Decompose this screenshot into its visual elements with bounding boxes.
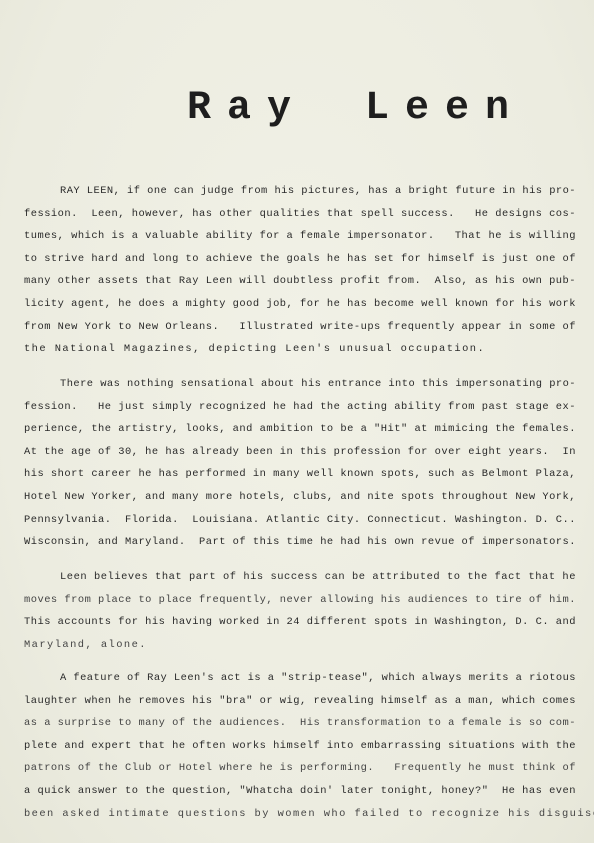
text-line: RAY LEEN, if one can judge from his pict… [24, 180, 576, 203]
text-line: This accounts for his having worked in 2… [24, 611, 576, 634]
text-line: Pennsylvania. Florida. Louisiana. Atlant… [24, 509, 576, 532]
text-line: laughter when he removes his "bra" or wi… [24, 690, 576, 713]
text-line: fession. Leen, however, has other qualit… [24, 203, 576, 226]
text-line: been asked intimate questions by women w… [24, 803, 576, 826]
text-line: Maryland, alone. [24, 634, 576, 657]
text-line: many other assets that Ray Leen will dou… [24, 270, 576, 293]
text-line: moves from place to place frequently, ne… [24, 589, 576, 612]
text-line: Wisconsin, and Maryland. Part of this ti… [24, 531, 576, 554]
text-line: Leen believes that part of his success c… [24, 566, 576, 589]
text-line: plete and expert that he often works him… [24, 735, 576, 758]
title-word-second: Leen [358, 86, 518, 131]
page-title: RayLeen [0, 41, 594, 176]
text-line: as a surprise to many of the audiences. … [24, 712, 576, 735]
paragraph-1: RAY LEEN, if one can judge from his pict… [24, 180, 576, 361]
text-line: tumes, which is a valuable ability for a… [24, 225, 576, 248]
paragraph-3: Leen believes that part of his success c… [24, 566, 576, 656]
text-line: Hotel New Yorker, and many more hotels, … [24, 486, 576, 509]
title-word-first: Ray [180, 86, 300, 131]
text-line: patrons of the Club or Hotel where he is… [24, 757, 576, 780]
text-line: to strive hard and long to achieve the g… [24, 248, 576, 271]
text-line: from New York to New Orleans. Illustrate… [24, 316, 576, 339]
text-line: a quick answer to the question, "Whatcha… [24, 780, 576, 803]
text-line: the National Magazines, depicting Leen's… [24, 338, 576, 361]
paragraph-2: There was nothing sensational about his … [24, 373, 576, 554]
text-line: his short career he has performed in man… [24, 463, 576, 486]
text-line: A feature of Ray Leen's act is a "strip-… [24, 667, 576, 690]
text-line: At the age of 30, he has already been in… [24, 441, 576, 464]
text-line: licity agent, he does a mighty good job,… [24, 293, 576, 316]
text-line: perience, the artistry, looks, and ambit… [24, 418, 576, 441]
paragraph-4: A feature of Ray Leen's act is a "strip-… [24, 667, 576, 825]
text-line: fession. He just simply recognized he ha… [24, 396, 576, 419]
text-line: There was nothing sensational about his … [24, 373, 576, 396]
typed-page: RayLeen RAY LEEN, if one can judge from … [0, 0, 594, 843]
